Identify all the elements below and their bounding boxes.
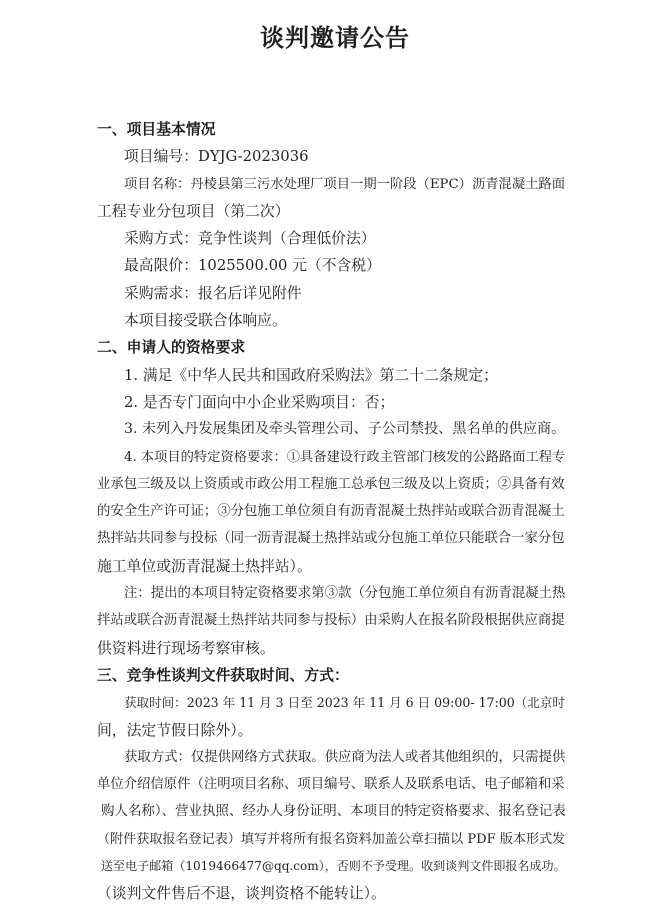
qualification-item-1: 1. 满足《中华人民共和国政府采购法》第二十二条规定；	[97, 362, 577, 389]
consortium-note: 本项目接受联合体响应。	[97, 307, 577, 334]
acquisition-method-cont: （谈判文件售后不退，谈判资格不能转让）。	[97, 880, 577, 907]
acquisition-method-cont: （附件获取报名登记表）填写并将所有报名资料加盖公章扫描以 PDF 版本形式发	[97, 826, 577, 853]
qualification-item-4: 4. 本项目的特定资格要求：①具备建设行政主管部门核发的公路路面工程专	[97, 444, 577, 471]
page-title: 谈判邀请公告	[0, 18, 670, 53]
procurement-needs: 采购需求：报名后详见附件	[97, 280, 577, 307]
qualification-note-cont: 拌站或联合沥青混凝土热拌站共同参与投标）由采购人在报名阶段根据供应商提	[97, 607, 577, 634]
acquisition-method-cont: 购人名称）、营业执照、经办人身份证明、本项目的特定资格要求、报名登记表	[97, 798, 577, 825]
acquisition-time: 获取时间：2023 年 11 月 3 日至 2023 年 11 月 6 日 09…	[97, 689, 577, 716]
section-heading-document-acquisition: 三、竞争性谈判文件获取时间、方式：	[97, 662, 577, 689]
acquisition-method-cont: 单位介绍信原件（注明项目名称、项目编号、联系人及联系电话、电子邮箱和采	[97, 771, 577, 798]
qualification-item-3: 3. 未列入丹发展集团及牵头管理公司、子公司禁投、黑名单的供应商。	[97, 416, 577, 443]
document-body: 一、项目基本情况 项目编号：DYJG-2023036 项目名称：丹棱县第三污水处…	[97, 116, 577, 907]
section-heading-qualifications: 二、申请人的资格要求	[97, 334, 577, 361]
project-number: 项目编号：DYJG-2023036	[97, 143, 577, 170]
project-name: 项目名称：丹棱县第三污水处理厂项目一期一阶段（EPC）沥青混凝土路面	[97, 171, 577, 198]
qualification-item-2: 2. 是否专门面向中小企业采购项目：否；	[97, 389, 577, 416]
qualification-note: 注：提出的本项目特定资格要求第③款（分包施工单位须自有沥青混凝土热	[97, 580, 577, 607]
section-heading-basic-info: 一、项目基本情况	[97, 116, 577, 143]
qualification-item-4-cont: 热拌站共同参与投标（同一沥青混凝土热拌站或分包施工单位只能联合一家分包	[97, 525, 577, 552]
qualification-item-4-cont: 的安全生产许可证；③分包施工单位须自有沥青混凝土热拌站或联合沥青混凝土	[97, 498, 577, 525]
qualification-note-cont: 供资料进行现场考察审核。	[97, 635, 577, 662]
acquisition-method-cont: 送至电子邮箱（1019466477@qq.com），否则不予受理。收到谈判文件即…	[97, 853, 577, 880]
qualification-item-4-cont: 业承包三级及以上资质或市政公用工程施工总承包三级及以上资质；②具备有效	[97, 471, 577, 498]
project-name-cont: 工程专业分包项目（第二次）	[97, 198, 577, 225]
acquisition-method: 获取方式：仅提供网络方式获取。供应商为法人或者其他组织的，只需提供	[97, 744, 577, 771]
acquisition-time-cont: 间，法定节假日除外）。	[97, 717, 577, 744]
qualification-item-4-cont: 施工单位或沥青混凝土热拌站）。	[97, 553, 577, 580]
max-price: 最高限价：1025500.00 元（不含税）	[97, 252, 577, 279]
procurement-method: 采购方式：竞争性谈判（合理低价法）	[97, 225, 577, 252]
